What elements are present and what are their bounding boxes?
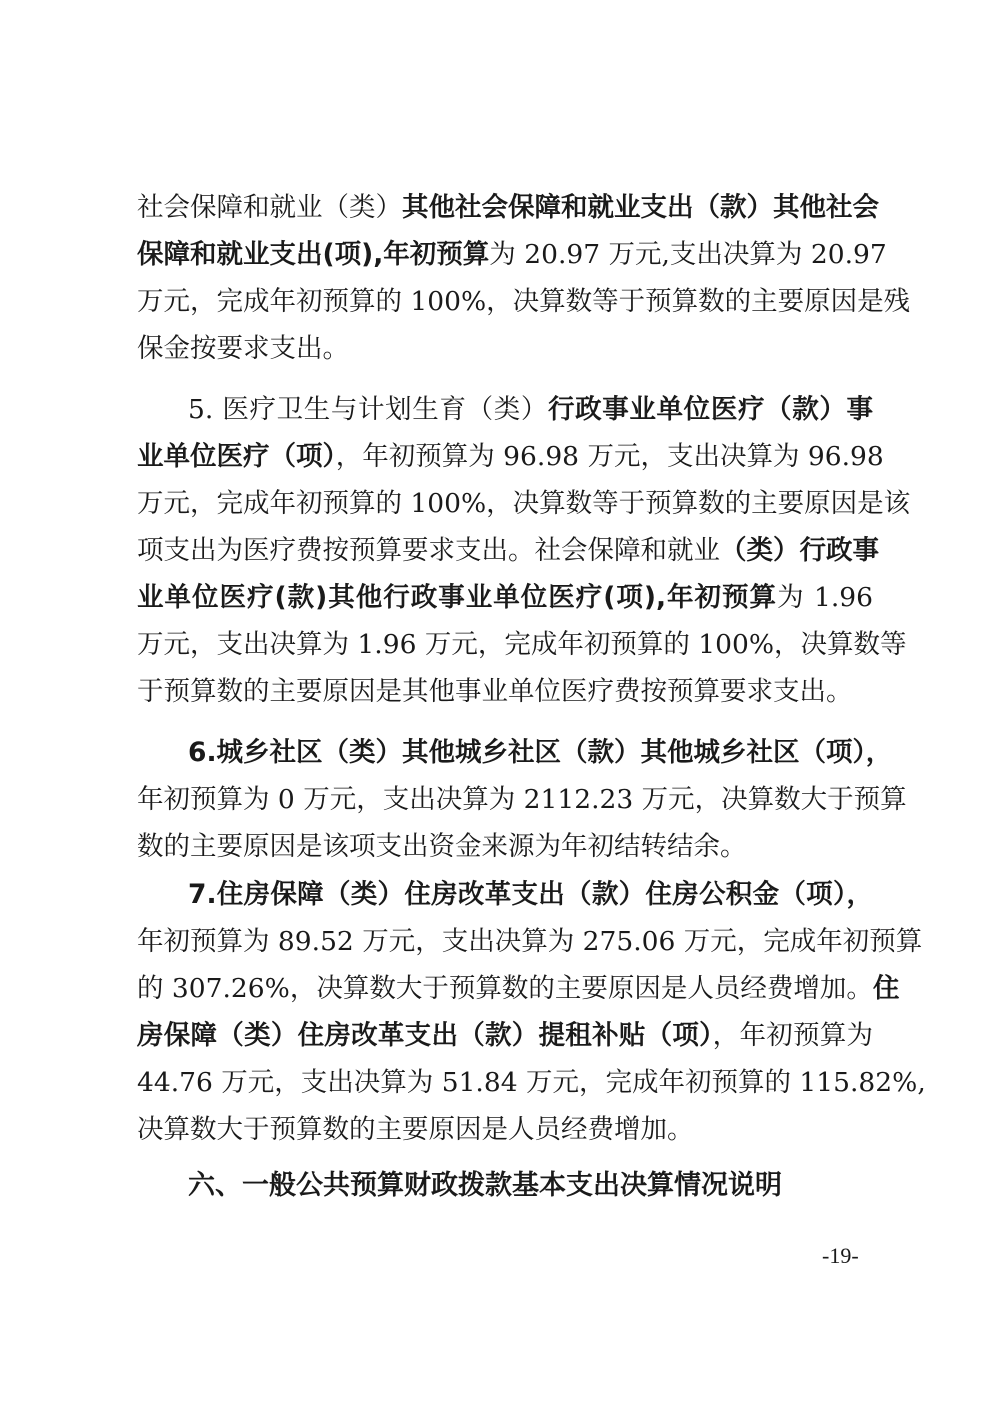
bold-text-span: 其他社会保障和就业支出（款）其他社会 [402, 192, 879, 223]
text-span: 的 307.26%，决算数大于预算数的主要原因是人员经费增加。 [137, 973, 873, 1004]
text-line: 项支出为医疗费按预算要求支出。社会保障和就业（类）行政事 [137, 531, 873, 571]
text-line: 万元，完成年初预算的 100%，决算数等于预算数的主要原因是残 [137, 282, 873, 322]
bold-text-span: （类）行政事 [720, 535, 879, 566]
text-line: 房保障（类）住房改革支出（款）提租补贴（项），年初预算为 [137, 1016, 873, 1056]
text-line: 业单位医疗（项），年初预算为 96.98 万元，支出决算为 96.98 [137, 437, 873, 477]
bold-text-span: 7.住房保障（类）住房改革支出（款）住房公积金（项）， [188, 879, 873, 910]
text-line: 于预算数的主要原因是其他事业单位医疗费按预算要求支出。 [137, 672, 873, 712]
text-line: 年初预算为 0 万元，支出决算为 2112.23 万元，决算数大于预算 [137, 780, 873, 820]
document-page: 社会保障和就业（类）其他社会保障和就业支出（款）其他社会保障和就业支出(项),年… [0, 0, 1000, 1413]
page-number: -19- [822, 1243, 859, 1269]
bold-text-span: 业单位医疗(款)其他行政事业单位医疗(项),年初预算 [137, 582, 777, 613]
text-line: 7.住房保障（类）住房改革支出（款）住房公积金（项）， [188, 875, 873, 915]
text-line: 社会保障和就业（类）其他社会保障和就业支出（款）其他社会 [137, 188, 873, 228]
text-span: 年初预算为 0 万元，支出决算为 2112.23 万元，决算数大于预算 [137, 784, 907, 815]
text-span: 社会保障和就业（类） [137, 192, 402, 223]
text-line: 万元，支出决算为 1.96 万元，完成年初预算的 100%，决算数等 [137, 625, 873, 665]
text-span: 5. 医疗卫生与计划生育（类） [188, 394, 548, 425]
bold-text-span: 6.城乡社区（类）其他城乡社区（款）其他城乡社区（项）， [188, 737, 892, 768]
text-line: 数的主要原因是该项支出资金来源为年初结转结余。 [137, 827, 873, 867]
bold-text-span: 保障和就业支出(项),年初预算 [137, 239, 489, 270]
section-heading: 六、一般公共预算财政拨款基本支出决算情况说明 [188, 1166, 782, 1206]
text-line: 44.76 万元，支出决算为 51.84 万元，完成年初预算的 115.82%, [137, 1063, 873, 1103]
text-span: 万元，支出决算为 1.96 万元，完成年初预算的 100%，决算数等 [137, 629, 907, 660]
text-line: 保障和就业支出(项),年初预算为 20.97 万元,支出决算为 20.97 [137, 235, 873, 275]
text-span: ，年初预算为 96.98 万元，支出决算为 96.98 [336, 441, 884, 472]
text-span: 44.76 万元，支出决算为 51.84 万元，完成年初预算的 115.82%, [137, 1067, 926, 1098]
text-line: 保金按要求支出。 [137, 329, 873, 369]
text-span: 于预算数的主要原因是其他事业单位医疗费按预算要求支出。 [137, 676, 853, 707]
text-line: 的 307.26%，决算数大于预算数的主要原因是人员经费增加。住 [137, 969, 873, 1009]
text-span: ，年初预算为 [713, 1020, 873, 1051]
text-line: 决算数大于预算数的主要原因是人员经费增加。 [137, 1110, 873, 1150]
text-span: 万元，完成年初预算的 100%，决算数等于预算数的主要原因是该 [137, 488, 910, 519]
text-span: 为 20.97 万元,支出决算为 20.97 [489, 239, 886, 270]
bold-text-span: 住 [873, 973, 900, 1004]
bold-text-span: 房保障（类）住房改革支出（款）提租补贴（项） [137, 1020, 713, 1051]
text-line: 6.城乡社区（类）其他城乡社区（款）其他城乡社区（项）， [188, 733, 873, 773]
text-span: 决算数大于预算数的主要原因是人员经费增加。 [137, 1114, 694, 1145]
text-span: 数的主要原因是该项支出资金来源为年初结转结余。 [137, 831, 747, 862]
text-span: 万元，完成年初预算的 100%，决算数等于预算数的主要原因是残 [137, 286, 910, 317]
text-span: 年初预算为 89.52 万元，支出决算为 275.06 万元，完成年初预算 [137, 926, 922, 957]
text-line: 万元，完成年初预算的 100%，决算数等于预算数的主要原因是该 [137, 484, 873, 524]
text-span: 保金按要求支出。 [137, 333, 349, 364]
bold-text-span: 行政事业单位医疗（款）事 [548, 394, 873, 425]
text-line: 5. 医疗卫生与计划生育（类）行政事业单位医疗（款）事 [188, 390, 873, 430]
text-span: 项支出为医疗费按预算要求支出。社会保障和就业 [137, 535, 720, 566]
text-line: 业单位医疗(款)其他行政事业单位医疗(项),年初预算为 1.96 [137, 578, 873, 618]
text-span: 为 1.96 [777, 582, 873, 613]
text-line: 年初预算为 89.52 万元，支出决算为 275.06 万元，完成年初预算 [137, 922, 873, 962]
bold-text-span: 业单位医疗（项） [137, 441, 336, 472]
